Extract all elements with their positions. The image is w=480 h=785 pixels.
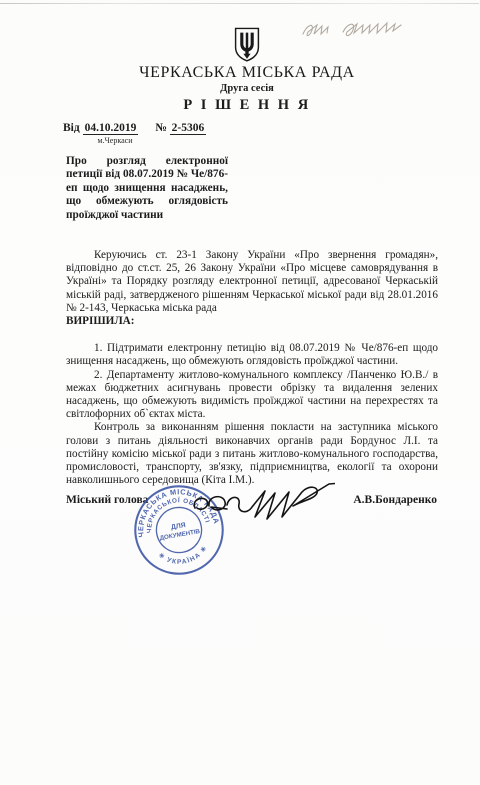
org-name: ЧЕРКАСЬКА МІСЬКА РАДА [7, 64, 480, 82]
number-value: 2-5306 [170, 122, 207, 135]
document-page: ЧЕРКАСЬКА МІСЬКА РАДА Друга сесія Р І Ш … [0, 0, 480, 785]
document-body: Керуючись ст. 23-1 Закону України «Про з… [66, 249, 438, 487]
document-header: ЧЕРКАСЬКА МІСЬКА РАДА Друга сесія Р І Ш … [7, 0, 480, 114]
session-title: Друга сесія [7, 83, 480, 94]
city-label: м.Черкаси [80, 136, 150, 145]
signatory-name: А.В.Бондаренко [353, 494, 437, 506]
decision-item-1: 1. Підтримати електронну петицію від 08.… [66, 342, 438, 368]
number-label: № [155, 122, 167, 134]
doc-meta-line: Від 04.10.2019 № 2-5306 [63, 122, 206, 134]
ukraine-trident-emblem [233, 26, 261, 62]
signature-ink [185, 478, 335, 528]
date-value: 04.10.2019 [83, 122, 139, 135]
preamble-paragraph: Керуючись ст. 23-1 Закону України «Про з… [66, 249, 438, 315]
stamp-center-line2: ДОКУМЕНТІВ [159, 528, 201, 542]
resolved-heading: ВИРІШИЛА: [66, 315, 438, 328]
subject-paragraph: Про розгляд електронної петиції від 08.0… [66, 155, 228, 222]
decision-item-2: 2. Департаменту житлово-комунального ком… [66, 369, 438, 422]
doc-type-title: Р І Ш Е Н Н Я [7, 97, 480, 114]
date-label: Від [63, 122, 80, 134]
